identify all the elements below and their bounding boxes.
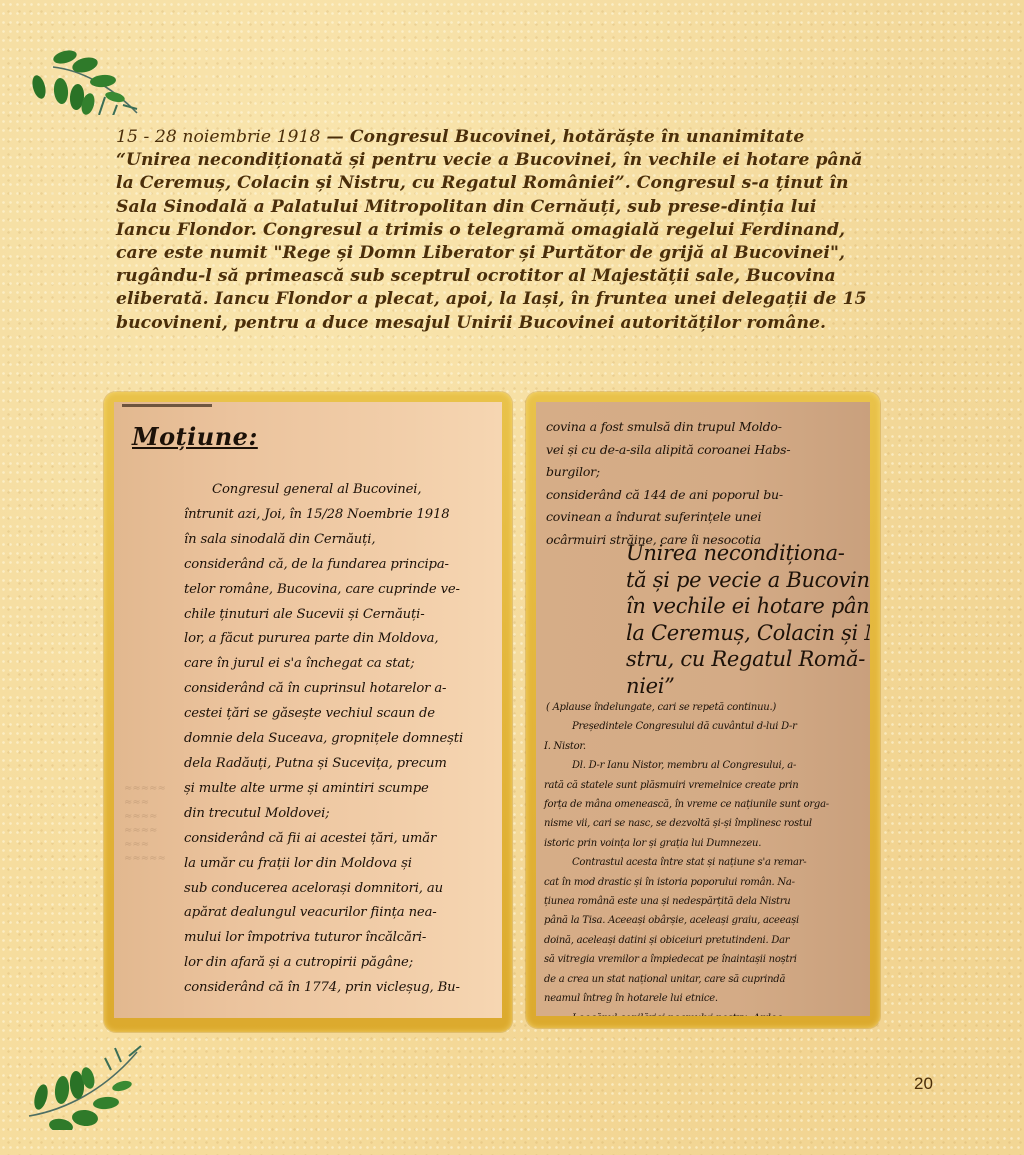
- handwritten-line: I. Nistor.: [544, 737, 866, 756]
- handwritten-line: din trecutul Moldovei;: [184, 802, 489, 827]
- handwritten-line: Dl. D-r Ianu Nistor, membru al Congresul…: [544, 756, 866, 775]
- handwritten-line: și multe alte urme și amintiri scumpe: [184, 777, 489, 802]
- handwritten-line: în sala sinodală din Cernăuți,: [184, 528, 489, 553]
- handwritten-line: considerând că în cuprinsul hotarelor a-: [184, 677, 489, 702]
- document-image-minutes: covina a fost smulsă din trupul Moldo-ve…: [526, 392, 880, 1028]
- document-paper: ≈≈≈≈≈ ≈≈≈≈≈≈≈ ≈≈≈≈≈≈≈ ≈≈≈≈≈ Moțiune: Con…: [114, 402, 502, 1018]
- handwritten-line: lor, a făcut pururea parte din Moldova,: [184, 627, 489, 652]
- leaf-sprig-icon: [25, 25, 145, 115]
- handwritten-line: stru, cu Regatul Romă-: [626, 646, 856, 673]
- handwritten-line: neamul întreg în hotarele lui etnice.: [544, 989, 866, 1008]
- intro-dash: —: [321, 127, 350, 147]
- handwritten-line: doină, aceleași datini și obiceiuri pret…: [544, 931, 866, 950]
- handwritten-line: care în jurul ei s'a închegat ca stat;: [184, 652, 489, 677]
- page-number: 20: [914, 1074, 933, 1094]
- handwritten-line: lor din afară și a cutropirii păgâne;: [184, 951, 489, 976]
- handwritten-line: telor române, Bucovina, care cuprinde ve…: [184, 578, 489, 603]
- handwritten-text: covina a fost smulsă din trupul Moldo-ve…: [546, 416, 864, 551]
- union-resolution-text: Unirea necondiționa-tă și pe vecie a Buc…: [626, 540, 856, 699]
- handwritten-line: vei și cu de-a-sila alipită coroanei Hab…: [546, 439, 864, 462]
- leaf-sprig-icon: [25, 1040, 145, 1130]
- handwritten-line: considerând că fii ai acestei țări, umăr: [184, 827, 489, 852]
- handwritten-line: țiunea română este una și nedespărțită d…: [544, 892, 866, 911]
- handwritten-line: chile ținuturi ale Sucevii și Cernăuți-: [184, 603, 489, 628]
- handwritten-line: istoric prin voința lor și grația lui Du…: [544, 834, 866, 853]
- handwritten-line: nisme vii, cari se nasc, se dezvoltă și-…: [544, 814, 866, 833]
- handwritten-line: Unirea necondiționa-: [626, 540, 856, 567]
- handwritten-line: dela Radăuți, Putna și Sucevița, precum: [184, 752, 489, 777]
- handwritten-line: apărat dealungul veacurilor ființa nea-: [184, 901, 489, 926]
- handwritten-line: cat în mod drastic și în istoria poporul…: [544, 873, 866, 892]
- handwritten-line: la umăr cu frații lor din Moldova și: [184, 852, 489, 877]
- handwritten-line: la Ceremuș, Colacin și Ni-: [626, 620, 856, 647]
- handwritten-line: cestei țări se găsește vechiul scaun de: [184, 702, 489, 727]
- handwritten-line: Congresul general al Bucovinei,: [184, 478, 489, 503]
- handwritten-line: tă și pe vecie a Bucovinei,: [626, 567, 856, 594]
- handwritten-line: covina a fost smulsă din trupul Moldo-: [546, 416, 864, 439]
- intro-date: 15 - 28 noiembrie 1918: [116, 127, 321, 147]
- handwritten-line: în vechile ei hotare până: [626, 593, 856, 620]
- handwritten-line: întrunit azi, Joi, în 15/28 Noembrie 191…: [184, 503, 489, 528]
- handwritten-line: considerând că în 1774, prin vicleșug, B…: [184, 976, 489, 1001]
- handwritten-line: Contrastul acesta între stat și națiune …: [544, 853, 866, 872]
- handwritten-line: covinean a îndurat suferințele unei: [546, 506, 864, 529]
- handwritten-line: burgilor;: [546, 461, 864, 484]
- handwritten-line: domnie dela Suceava, gropnițele domnești: [184, 727, 489, 752]
- document-image-motion: ≈≈≈≈≈ ≈≈≈≈≈≈≈ ≈≈≈≈≈≈≈ ≈≈≈≈≈ Moțiune: Con…: [104, 392, 512, 1032]
- handwritten-line: Leagănul copilăriei neamului nostru, Ard…: [544, 1009, 866, 1017]
- handwritten-line: sub conducerea acelorași domnitori, au: [184, 877, 489, 902]
- intro-body: Congresul Bucovinei, hotărăște în unanim…: [116, 127, 867, 333]
- document-paper: covina a fost smulsă din trupul Moldo-ve…: [536, 402, 870, 1016]
- handwritten-line: de a crea un stat național unitar, care …: [544, 970, 866, 989]
- speech-text: ( Aplause îndelungate, cari se repetă co…: [544, 698, 866, 1016]
- bleed-through-text: ≈≈≈≈≈ ≈≈≈≈≈≈≈ ≈≈≈≈≈≈≈ ≈≈≈≈≈: [124, 782, 184, 866]
- handwritten-text: Congresul general al Bucovinei,întrunit …: [184, 478, 489, 1001]
- handwritten-line: forța de mâna omenească, în vreme ce naț…: [544, 795, 866, 814]
- handwritten-line: niei”: [626, 673, 856, 700]
- handwritten-line: până la Tisa. Aceeași obârșie, aceleași …: [544, 911, 866, 930]
- handwritten-line: considerând că 144 de ani poporul bu-: [546, 484, 864, 507]
- handwritten-line: mului lor împotriva tuturor încălcări-: [184, 926, 489, 951]
- handwritten-line: Președintele Congresului dă cuvântul d-l…: [544, 717, 866, 736]
- handwritten-line: considerând că, de la fundarea principa-: [184, 553, 489, 578]
- handwritten-line: să vitregia vremilor a împiedecat pe îna…: [544, 950, 866, 969]
- handwritten-line: rată că statele sunt plăsmuiri vremelnic…: [544, 776, 866, 795]
- document-title: Moțiune:: [132, 422, 258, 451]
- document-edge-line: [122, 404, 212, 407]
- intro-paragraph: 15 - 28 noiembrie 1918 — Congresul Bucov…: [116, 126, 876, 335]
- applause-note: ( Aplause îndelungate, cari se repetă co…: [544, 698, 866, 717]
